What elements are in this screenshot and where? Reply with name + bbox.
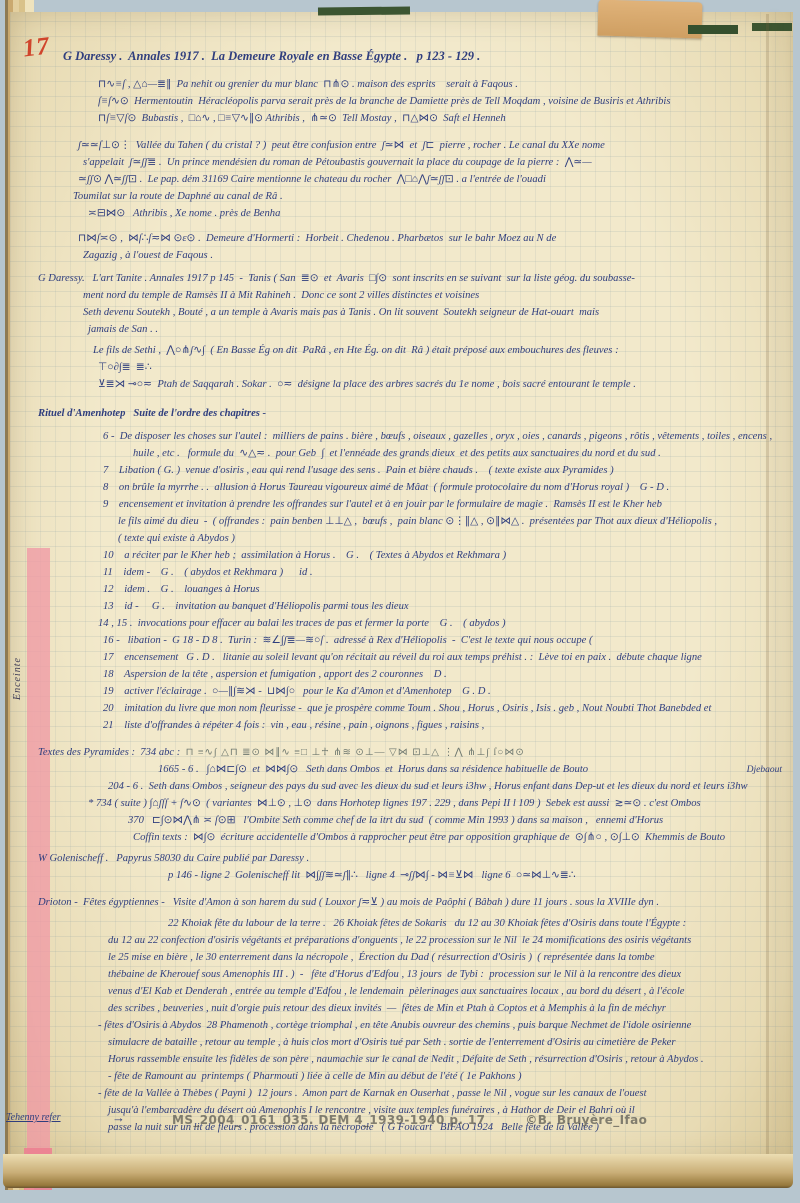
list-item: 20 imitation du livre que mon nom fleuri…: [103, 700, 786, 717]
section-heading-label: Textes des Pyramides : 734 abc :: [38, 747, 186, 758]
handwritten-line: - fête de la Vallée à Thèbes ( Payni ) 1…: [98, 1085, 786, 1102]
watermark-id: MS_2004_0161_035. DEM 4_1939-1940 p. 17: [172, 1113, 485, 1127]
handwritten-line: des scribes , beuveries , nuit d'orgie p…: [108, 1000, 786, 1017]
handwritten-line: - fêtes d'Osiris à Abydos 28 Phamenoth ,…: [98, 1017, 786, 1034]
list-item: le fils aimé du dieu - ( offrandes : pai…: [118, 513, 786, 530]
handwritten-line: ≍⊟⋈⊙ Athribis , Xe nome . près de Benha: [88, 205, 786, 222]
handwritten-line: ⊤○∂∫≣ ≣∴: [98, 359, 786, 376]
handwritten-line: p 146 - ligne 2 Golenischeff lit ⋈∫ʃʃ≋≃ʃ…: [168, 867, 786, 884]
handwritten-line: venus d'El Kab et Denderah , entrée au t…: [108, 983, 786, 1000]
handwritten-line: Toumilat sur la route de Daphné au canal…: [73, 188, 786, 205]
list-item: 9 encensement et invitation à prendre le…: [103, 496, 786, 513]
handwritten-line: thébaine de Kherouef sous Amenophis III …: [108, 966, 786, 983]
handwritten-line: Le fils de Sethi , ⋀○⋔ʃ∿∫ ( En Basse Ég …: [93, 342, 786, 359]
archive-watermark: MS_2004_0161_035. DEM 4_1939-1940 p. 17 …: [172, 1113, 647, 1127]
list-item: 14 , 15 . invocations pour effacer au ba…: [98, 615, 786, 632]
handwritten-line: ʃ≃≃ſ⊥⊙⋮ Vallée du Tahen ( du cristal ? )…: [78, 137, 786, 154]
bottom-page-edge: [3, 1154, 793, 1188]
section-heading-rituel: Rituel d'Amenhotep Suite de l'ordre des …: [38, 405, 786, 422]
handwritten-line: ⊓ſ≡▽ſ⊙ Bubastis , □⌂∿ , □≡▽∿∥⊙ Athribis …: [98, 110, 786, 127]
handwritten-line: jamais de San . .: [88, 321, 786, 338]
handwritten-line: ſ≡ſ∿⊙ Hermentoutin Héracléopolis parva s…: [98, 93, 786, 110]
handwritten-line: 370 ⊏∫⊙⋈⋀⋔ ≍ ſ⊙⊞ l'Ombite Seth comme che…: [128, 812, 786, 829]
handwritten-line: 204 - 6 . Seth dans Ombos , seigneur des…: [108, 778, 786, 795]
handwritten-line: Horus rassemble ensuite les fidèles de s…: [108, 1051, 786, 1068]
list-item: 16 - libation - G 18 - D 8 . Turin : ≋∠∫…: [103, 632, 786, 649]
list-item: 12 idem . G . louanges à Horus: [103, 581, 786, 598]
section-heading-drioton: Drioton - Fêtes égyptiennes - Visite d'A…: [38, 894, 786, 911]
handwritten-line: * 734 ( suite ) ∫⌂ʃſſ + ſ∿⊙ ( variantes …: [88, 795, 786, 812]
margin-note-enceinte: Enceinte: [12, 657, 23, 700]
handwritten-line: ≃ʃʃ⊙ ⋀≃ʃʃ⊡ . Le pap. dém 31169 Caire men…: [78, 171, 786, 188]
list-item: 6 - De disposer les choses sur l'autel :…: [103, 428, 786, 445]
binding-tape-fragment: [688, 25, 738, 34]
list-item: 11 idem - G . ( abydos et Rekhmara ) id …: [103, 564, 786, 581]
list-item: 21 liste d'offrandes à répéter 4 fois : …: [103, 717, 786, 734]
handwritten-line: Seth devenu Soutekh , Bouté , a un templ…: [83, 304, 786, 321]
hieroglyph-run-pencil: ⊓ ≡∿∫ △⊓ ≣⊙ ⋈∥∿ ≡□ ⊥☥ ⋔≋ ⊙⊥— ▽⋈ ⊡⊥△ ⋮⋀ ⋔…: [186, 747, 525, 758]
handwritten-line: - fête de Ramount au printemps ( Pharmou…: [108, 1068, 786, 1085]
list-item: 17 encensement G . D . litanie au soleil…: [103, 649, 786, 666]
handwritten-line: G Daressy. L'art Tanite . Annales 1917 p…: [38, 270, 786, 287]
list-item: 13 id - G . invitation au banquet d'Héli…: [103, 598, 786, 615]
list-item: 7 Libation ( G. ) venue d'osiris , eau q…: [103, 462, 786, 479]
watermark-credit: ©B. Bruyère_Ifao: [525, 1113, 647, 1127]
list-item: ( texte qui existe à Abydos ): [118, 530, 786, 547]
list-item: 18 Aspersion de la tête , aspersion et f…: [103, 666, 786, 683]
handwritten-line: le 25 mise en bière , le 30 enterrement …: [108, 949, 786, 966]
handwritten-line: ⊓∿≡ſ , △⌂—≣∥ Pa nehit ou grenier du mur …: [98, 76, 786, 93]
list-item: huile , etc . formule du ∿△≂ . pour Geb …: [133, 445, 786, 462]
handwritten-line: s'appelait ʃ≃ʃʃ≣ . Un prince mendésien d…: [83, 154, 786, 171]
handwritten-line: Coffin texts : ⋈∫⊙ écriture accidentelle…: [133, 829, 786, 846]
handwritten-line: simulacre de bataille , retour au temple…: [108, 1034, 786, 1051]
handwritten-line: 1665 - 6 . ∫⌂⋈⊏∫⊙ et ⋈⋈∫⊙ Seth dans Ombo…: [158, 761, 786, 778]
line-text: 1665 - 6 . ∫⌂⋈⊏∫⊙ et ⋈⋈∫⊙ Seth dans Ombo…: [158, 764, 588, 775]
page-title: G Daressy . Annales 1917 . La Demeure Ro…: [63, 46, 786, 66]
list-item: 19 activer l'éclairage . ○—∥∫≋⋊ - ⊔⋈∫○ p…: [103, 683, 786, 700]
binding-tape-fragment: [752, 23, 792, 31]
handwritten-line: ment nord du temple de Ramsès II à Mit R…: [83, 287, 786, 304]
paper-tab: [598, 0, 703, 38]
list-item: 10 a réciter par le Kher heb ; assimilat…: [103, 547, 786, 564]
section-heading-pyramid-texts: Textes des Pyramides : 734 abc : ⊓ ≡∿∫ △…: [38, 744, 786, 761]
handwritten-line: Zagazig , à l'ouest de Faqous .: [83, 247, 786, 264]
margin-note-djebaout: Djebaout: [747, 762, 782, 779]
scanned-notebook-page: { "page_number": "17", "header": "G Dare…: [0, 0, 800, 1203]
handwritten-content: G Daressy . Annales 1917 . La Demeure Ro…: [38, 46, 786, 1136]
handwritten-line: du 12 au 22 confection d'osiris végétant…: [108, 932, 786, 949]
handwritten-line: 22 Khoiak fête du labour de la terre . 2…: [168, 915, 786, 932]
list-item: 8 on brûle la myrrhe . . allusion à Horu…: [103, 479, 786, 496]
section-heading-golenischeff: W Golenischeff . Papyrus 58030 du Caire …: [38, 850, 786, 867]
handwritten-line: ⊓⋈ſ≍⊙ , ⋈ſ∴ſ≂⋈ ⊙ε⊙ . Demeure d'Hormerti …: [78, 230, 786, 247]
handwritten-line: ⊻≣⋊ ⊸○≂ Ptah de Saqqarah . Sokar . ○≂ dé…: [98, 376, 786, 393]
binding-tape-fragment: [318, 7, 410, 16]
